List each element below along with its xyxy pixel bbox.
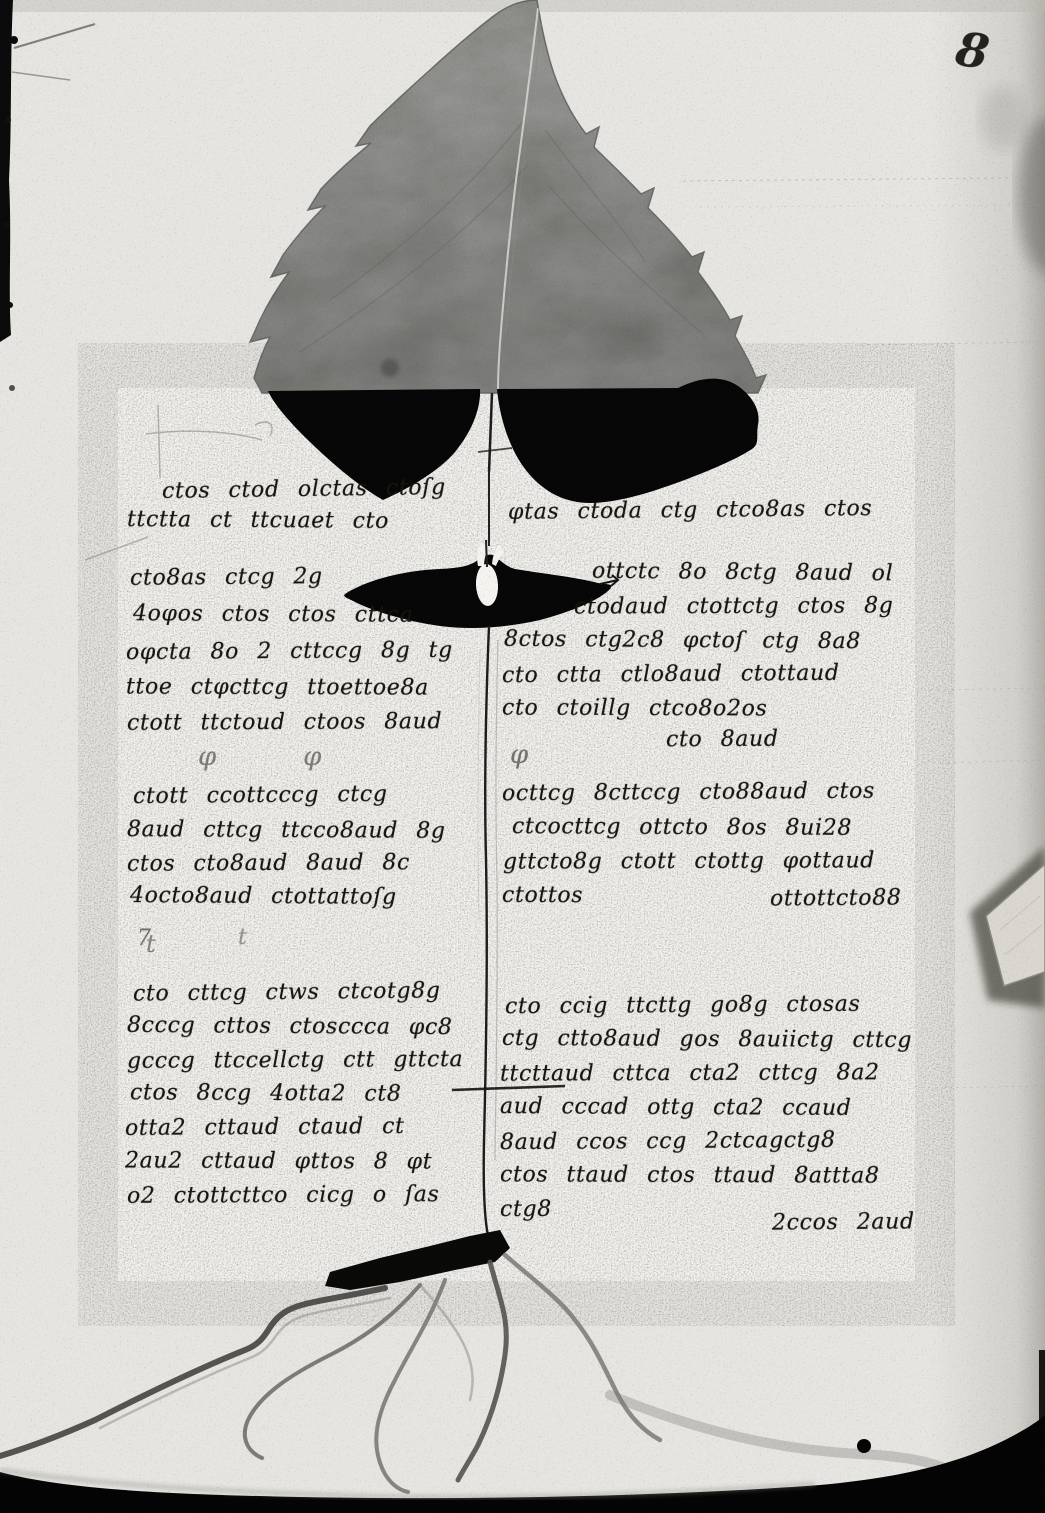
paper-grain-overlay <box>0 0 1045 1513</box>
manuscript-artwork <box>0 0 1045 1513</box>
manuscript-page: 8 ctos ctod olctas ctoſgttctta ct ttcuae… <box>0 0 1045 1513</box>
